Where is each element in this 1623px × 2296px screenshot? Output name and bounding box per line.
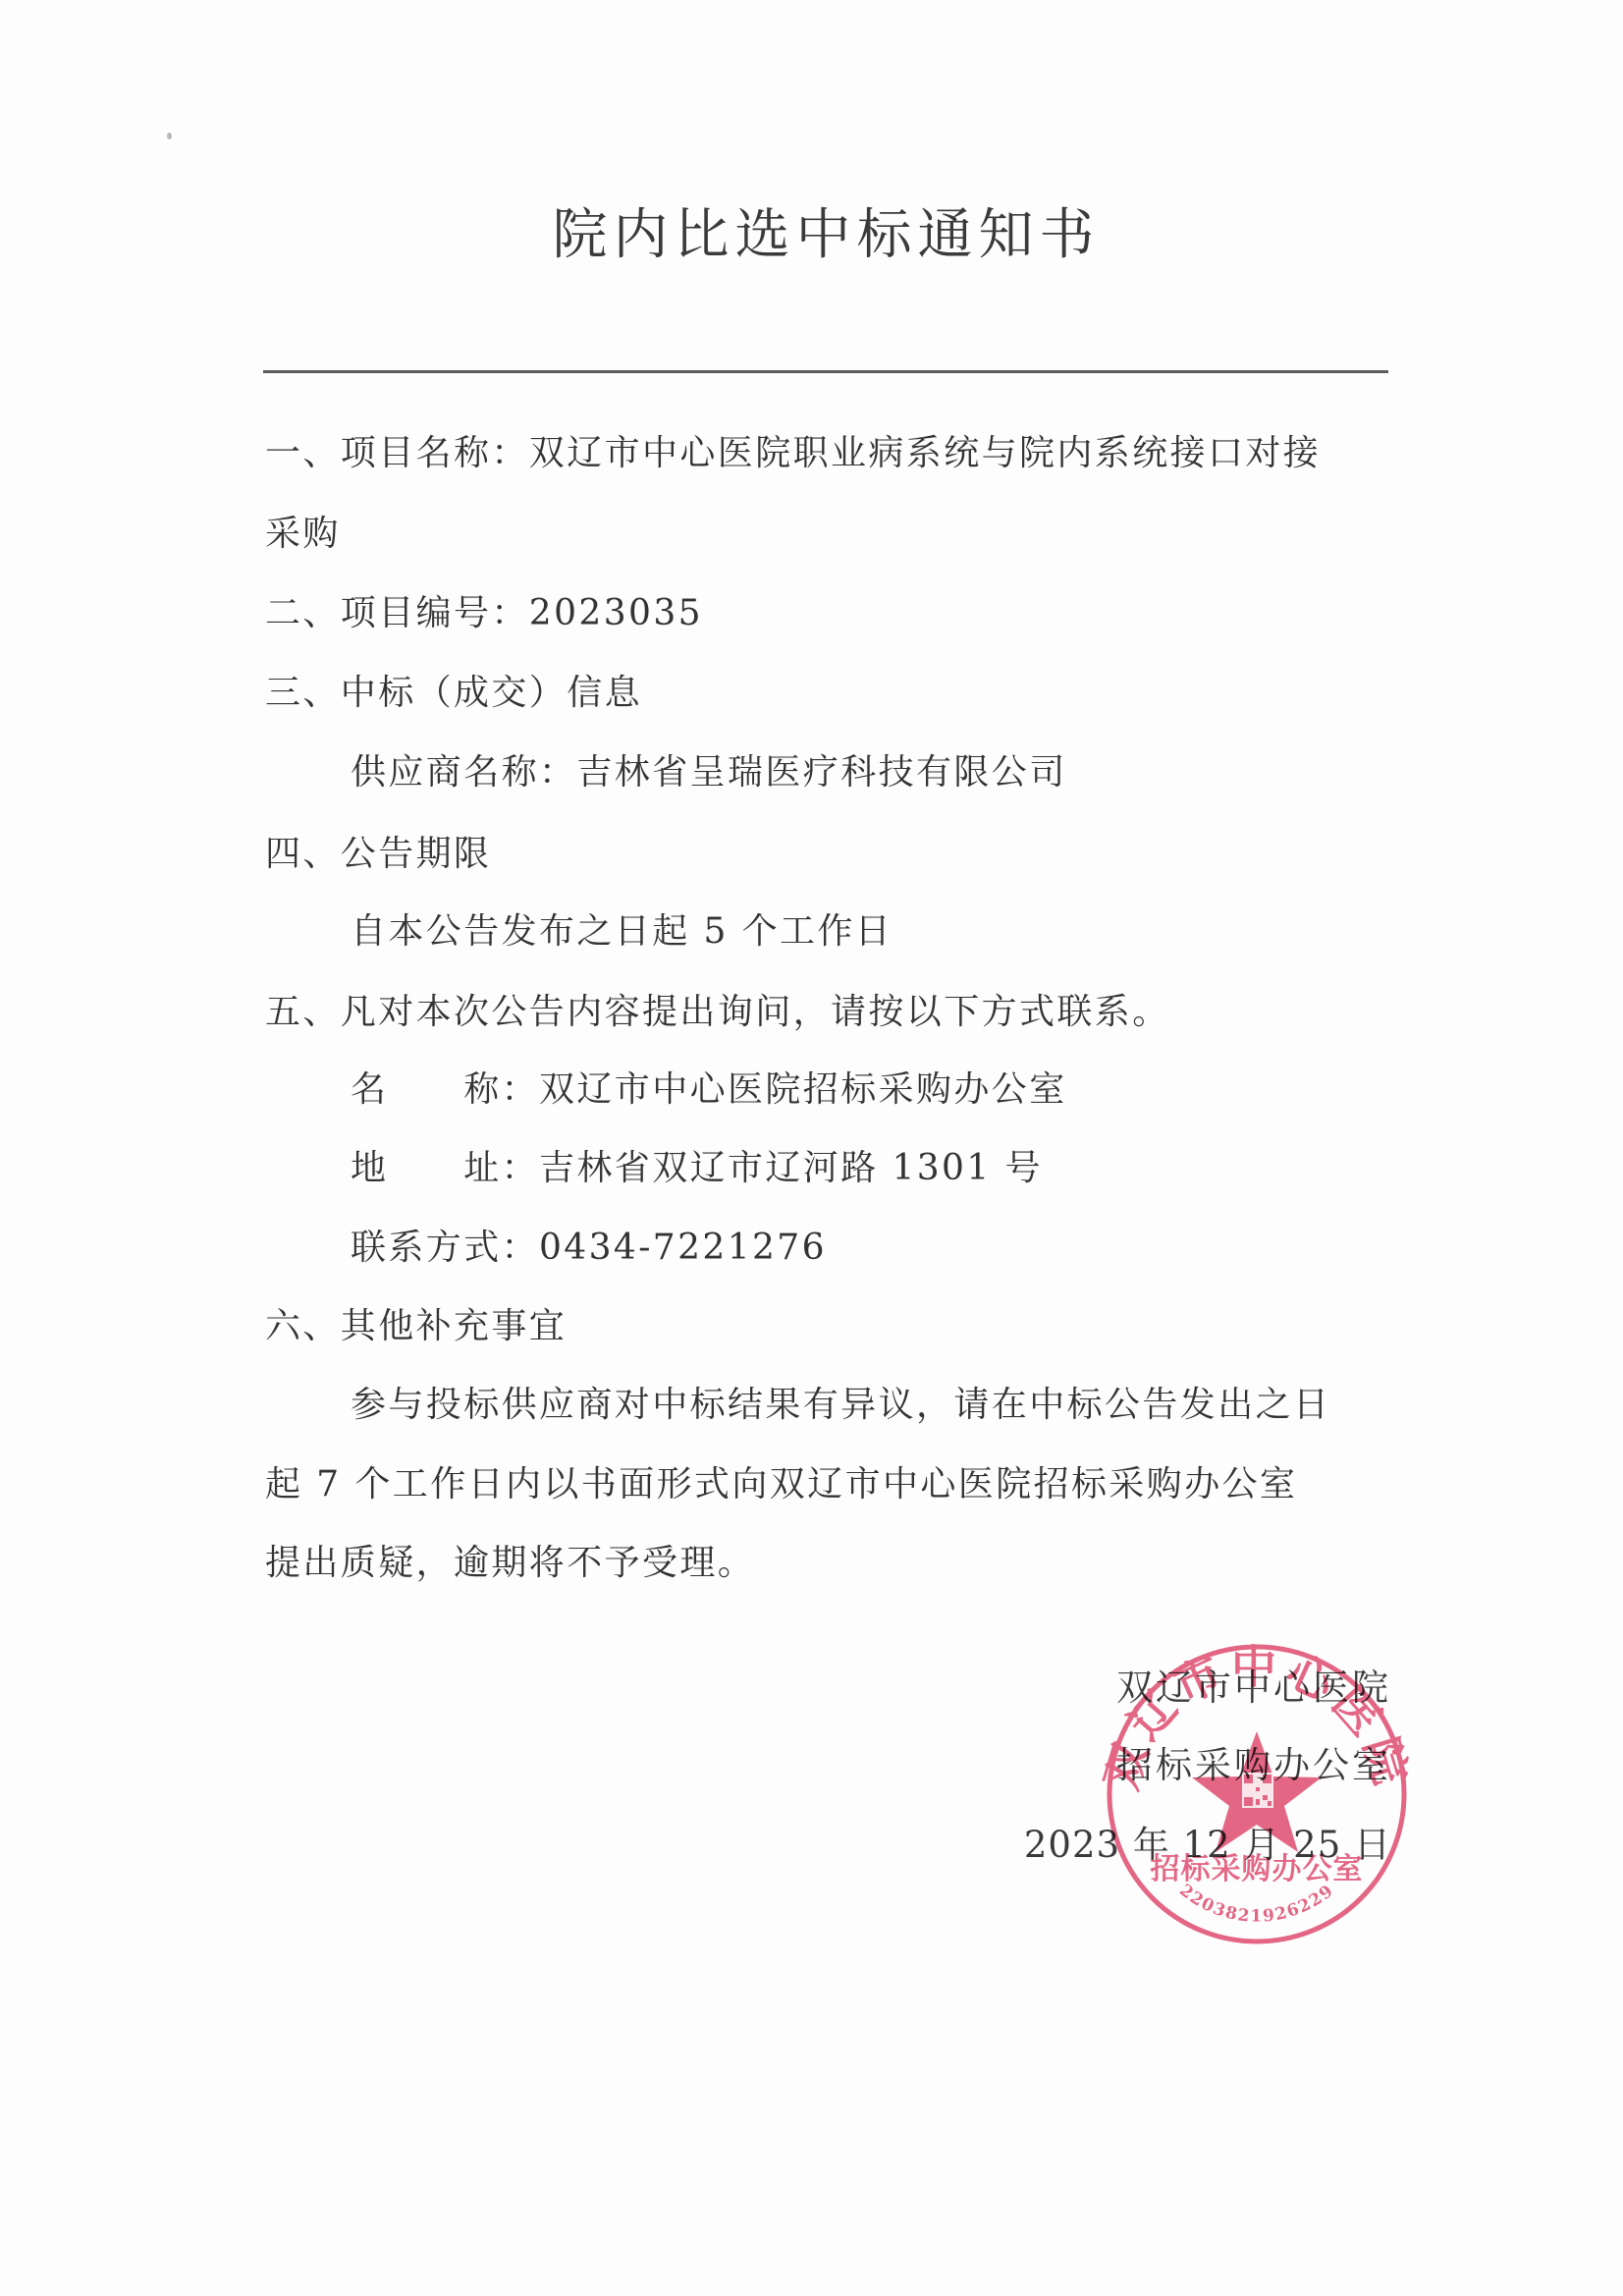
contact-phone: 联系方式：0434-7221276 (351, 1227, 827, 1270)
supplier-name: 供应商名称：吉林省呈瑞医疗科技有限公司 (351, 751, 1067, 794)
contact-name: 名 称：双辽市中心医院招标采购办公室 (351, 1068, 1067, 1112)
document-page: 院内比选中标通知书 一、项目名称：双辽市中心医院职业病系统与院内系统接口对接 采… (0, 0, 1623, 2296)
award-info-heading: 三、中标（成交）信息 (265, 672, 642, 715)
notice-period-text: 自本公告发布之日起 5 个工作日 (351, 910, 893, 954)
document-title: 院内比选中标通知书 (0, 202, 1623, 269)
notice-period-heading: 四、公告期限 (265, 833, 491, 876)
seal-inner-text: 招标采购办公室 (1151, 1852, 1364, 1886)
other-matters-line-3: 提出质疑，逾期将不予受理。 (265, 1542, 755, 1585)
other-matters-heading: 六、其他补充事宜 (265, 1305, 567, 1348)
scan-speck (167, 133, 172, 139)
project-name-line: 一、项目名称：双辽市中心医院职业病系统与院内系统接口对接 (265, 432, 1321, 475)
contact-address: 地 址：吉林省双辽市辽河路 1301 号 (351, 1147, 1043, 1190)
other-matters-line-1: 参与投标供应商对中标结果有异议，请在中标公告发出之日 (351, 1384, 1330, 1427)
other-matters-line-2: 起 7 个工作日内以书面形式向双辽市中心医院招标采购办公室 (265, 1463, 1297, 1506)
seal-code: 2203821926229 (1175, 1881, 1337, 1927)
official-seal-stamp: 双辽市中心医院 招标采购办公室 2203821926229 (1100, 1640, 1414, 1954)
title-divider (263, 370, 1388, 373)
project-number: 二、项目编号：2023035 (265, 592, 703, 635)
contact-heading: 五、凡对本次公告内容提出询问，请按以下方式联系。 (265, 991, 1170, 1034)
project-name-continuation: 采购 (265, 513, 341, 556)
